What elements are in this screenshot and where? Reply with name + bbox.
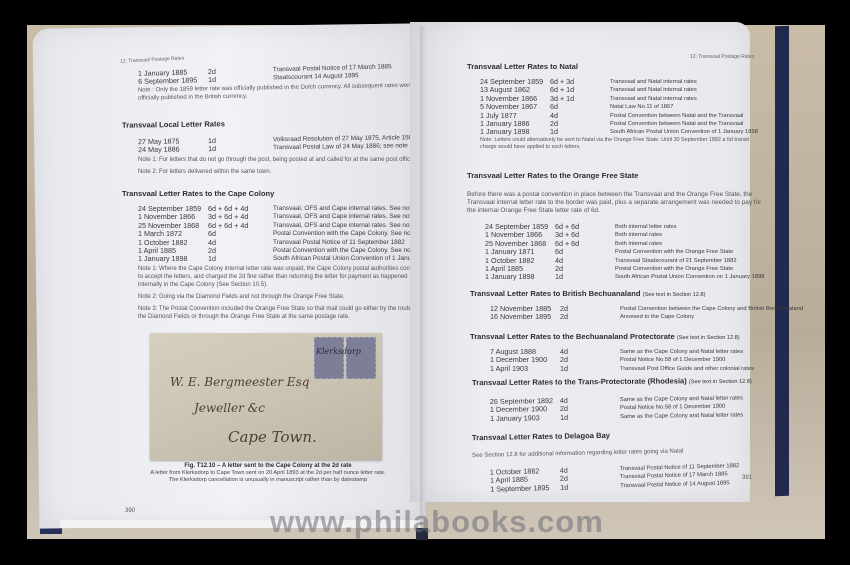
rate-source: Transvaal Post Office Guide and other co…	[620, 365, 754, 374]
note: Note 1: For letters that do not go throu…	[138, 156, 428, 164]
rate-source: Transvaal and Natal internal rates	[610, 78, 697, 87]
figure-caption: Fig. T12.10 – A letter sent to the Cape …	[150, 463, 386, 484]
cape-notes: Note 1: Where the Cape Colony internal l…	[138, 265, 428, 325]
rate-row: 1 December 19002dPostal Notice No.58 of …	[490, 356, 770, 364]
rate-source: Both internal letter rates	[615, 223, 677, 232]
rate-value: 1d	[560, 483, 568, 492]
rate-source: Transvaal Staatscourant of 21 September …	[615, 257, 737, 266]
rate-row: 1 January 18981dSouth African Postal Uni…	[138, 255, 438, 263]
left-page-number: 390	[125, 508, 135, 514]
rate-source: Transvaal and Natal internal rates	[610, 86, 697, 95]
caption-title: Fig. T12.10 – A letter sent to the Cape …	[184, 463, 351, 469]
right-page-header: 12: Transvaal Postage Rates	[690, 53, 754, 62]
rate-value: 1d	[208, 145, 216, 154]
protectorate-ref: (See text in Section 12.8)	[677, 335, 740, 341]
rate-value: 1d	[550, 128, 558, 137]
natal-note: Note: Letters could alternatively be sen…	[480, 137, 760, 151]
stamp-cancel: Klerksdorp	[316, 347, 361, 356]
ofs-rate-table: 24 September 18596d + 6dBoth internal le…	[485, 223, 765, 282]
rate-value: 1d	[208, 76, 216, 85]
rate-source: South African Postal Union Convention on…	[615, 273, 765, 282]
rate-date: 1 September 1895	[490, 484, 549, 494]
rate-source: Transvaal and Natal internal rates	[610, 95, 697, 104]
note: Note 2: For letters delivered within the…	[138, 168, 428, 176]
figure-envelope: Klerksdorp W. E. Bergmeester Esq Jewelle…	[150, 333, 382, 460]
natal-section-title: Transvaal Letter Rates to Natal	[467, 63, 578, 72]
rate-source: Postal Convention between Natal and the …	[610, 112, 743, 121]
rate-source: Same as the Cape Colony and Natal letter…	[620, 411, 743, 421]
book-spine	[420, 26, 426, 526]
caption-line-2: The Klerksdorp cancellation is unusually…	[169, 477, 367, 483]
rhodesia-title: Transvaal Letter Rates to the Trans-Prot…	[472, 376, 687, 387]
stamp-1	[314, 337, 344, 379]
rate-value: 1d	[208, 255, 216, 264]
rate-source: Postal Notice No.58 of 1 December 1900	[620, 356, 725, 365]
rate-source: South African Postal Union Convention of…	[610, 128, 758, 137]
rate-row: 1 April 19031dTransvaal Post Office Guid…	[490, 365, 770, 373]
bechuanaland-section-title: Transvaal Letter Rates to British Bechua…	[470, 290, 705, 300]
note: Note 1: Where the Cape Colony internal l…	[138, 265, 428, 289]
address-line-2: Jeweller &c	[194, 401, 265, 415]
note: Note 3: The Postal Convention included t…	[138, 305, 428, 321]
local-notes: Note 1: For letters that do not go throu…	[138, 156, 428, 180]
rate-value: 1d	[555, 273, 563, 282]
rate-date: 1 April 1903	[490, 365, 528, 374]
rate-row: 1 January 18981dSouth African Postal Uni…	[485, 273, 765, 281]
bechuanaland-rate-table: 12 November 18852dPostal Convention betw…	[490, 305, 770, 322]
rate-source: Postal Convention with the Orange Free S…	[615, 265, 733, 274]
rate-value: 2d	[560, 313, 568, 322]
rate-row: 1 January 18981dSouth African Postal Uni…	[480, 128, 760, 136]
rate-row: 25 November 18686d + 6d + 4dTransvaal, O…	[138, 222, 438, 230]
protectorate-title: Transvaal Letter Rates to the Bechuanala…	[470, 332, 675, 341]
ofs-section-title: Transvaal Letter Rates to the Orange Fre…	[467, 172, 638, 181]
rate-date: 1 January 1903	[490, 414, 540, 423]
local-section-title: Transvaal Local Letter Rates	[122, 120, 225, 130]
rate-date: 1 January 1898	[485, 273, 535, 282]
right-page-number: 391	[742, 475, 752, 481]
rate-source: Transvaal Postal Notice of 11 September …	[273, 239, 405, 248]
rate-date: 1 January 1898	[480, 128, 530, 137]
rate-date: 1 January 1898	[138, 255, 188, 264]
stamp-2	[346, 337, 376, 379]
rate-source: Same as the Cape Colony and Natal letter…	[620, 348, 743, 357]
address-line-3: Cape Town.	[228, 428, 317, 446]
cape-rate-table: 24 September 18596d + 6d + 4dTransvaal, …	[138, 205, 438, 264]
cape-section-title: Transvaal Letter Rates to the Cape Colon…	[122, 190, 274, 199]
rate-source: Both internal rates	[615, 240, 662, 249]
rate-value: 1d	[560, 414, 568, 423]
rate-row: 16 November 18952dAnnexed to the Cape Co…	[490, 313, 770, 321]
rhodesia-rate-table: 26 September 18924dSame as the Cape Colo…	[490, 394, 770, 423]
rate-source: Postal Convention with the Orange Free S…	[615, 248, 733, 257]
rate-row: 1 October 18824dTransvaal Postal Notice …	[138, 239, 438, 247]
rate-source: Postal Convention between Natal and the …	[610, 120, 743, 129]
natal-rate-table: 24 September 18596d + 3dTransvaal and Na…	[480, 78, 760, 137]
protectorate-section-title: Transvaal Letter Rates to the Bechuanala…	[470, 333, 740, 343]
rhodesia-ref: (See text in Section 12.8)	[689, 379, 752, 386]
rate-source: Natal Law No.11 of 1867	[610, 103, 673, 112]
watermark: www.philabooks.com	[270, 504, 604, 540]
rate-date: 16 November 1895	[490, 313, 551, 322]
rate-row: 1 October 18824dTransvaal Staatscourant …	[485, 257, 765, 265]
note: Note 2: Going via the Diamond Fields and…	[138, 293, 428, 301]
protectorate-rate-table: 7 August 18884dSame as the Cape Colony a…	[490, 348, 770, 373]
caption-line-1: A letter from Klerksdorp to Cape Town se…	[150, 470, 385, 476]
rate-source: Annexed to the Cape Colony	[620, 313, 694, 322]
rate-date: 24 May 1886	[138, 146, 180, 155]
rate-source: Both internal rates	[615, 231, 662, 240]
rate-value: 1d	[560, 365, 568, 374]
ofs-intro: Before there was a postal convention in …	[467, 191, 762, 215]
book-cover-right	[775, 26, 789, 496]
address-line-1: W. E. Bergmeester Esq	[170, 375, 309, 389]
rate-row: 5 November 18676dNatal Law No.11 of 1867	[480, 103, 760, 111]
bechuanaland-title: Transvaal Letter Rates to British Bechua…	[470, 289, 641, 298]
rate-source: Postal Convention between the Cape Colon…	[620, 305, 803, 314]
bechuanaland-ref: (See text in Section 12.8)	[643, 292, 706, 298]
